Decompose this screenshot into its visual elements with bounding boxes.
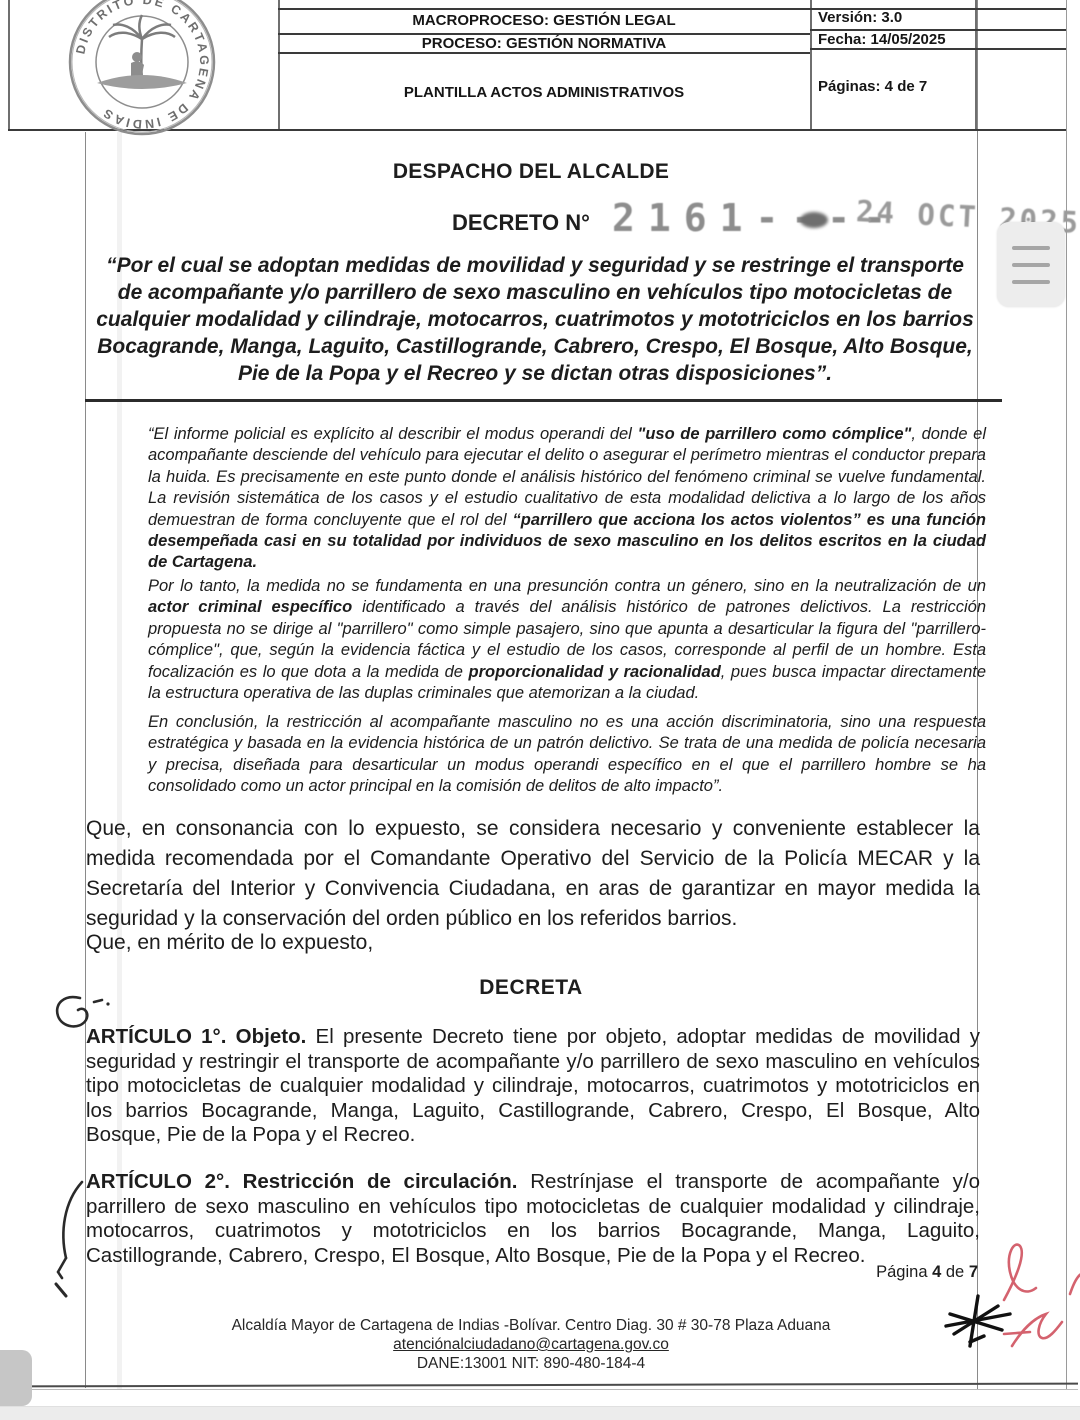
handwritten-bracket-annotation — [48, 1180, 98, 1300]
quote-text: Por lo tanto, la medida no se fundamenta… — [148, 577, 986, 595]
handwritten-circle-annotation — [50, 990, 120, 1040]
header-border — [8, 0, 10, 130]
scanned-decree-page: DISTRITO DE CARTAGENA DE INDIAS ALCALDÍA… — [0, 0, 1080, 1420]
page-number-text: Página — [876, 1263, 932, 1281]
footer-address: Alcaldía Mayor de Cartagena de Indias -B… — [85, 1316, 977, 1335]
header-institution: ALCALDÍA DISTRITAL DE CARTAGENA DE INDIA… — [278, 0, 810, 3]
header-version: Versión: 3.0 — [818, 9, 902, 26]
header-process: PROCESO: GESTIÓN NORMATIVA — [278, 35, 810, 52]
footer-ids: DANE:13001 NIT: 890-480-184-4 — [85, 1354, 977, 1373]
header-border — [810, 0, 812, 130]
consideration-closing: Que, en mérito de lo expuesto, — [86, 928, 980, 958]
footer-rule-shadow — [10, 1389, 1078, 1390]
footer-email-link[interactable]: atenciónalciudadano@cartagena.gov.co — [393, 1336, 669, 1353]
hamburger-menu-icon — [1012, 246, 1050, 250]
page-number: Página 4 de 7 — [876, 1263, 978, 1282]
consideration-paragraph: Que, en consonancia con lo expuesto, se … — [86, 814, 980, 934]
quote-text: “El informe policial es explícito al des… — [148, 425, 638, 443]
quote-paragraph-3: En conclusión, la restricción al acompañ… — [148, 712, 986, 798]
hamburger-menu-icon — [1012, 263, 1050, 267]
page-number-text: de — [941, 1263, 969, 1281]
floating-button-partial[interactable] — [0, 1350, 32, 1406]
footer-block: Alcaldía Mayor de Cartagena de Indias -B… — [85, 1316, 977, 1373]
signature-scribble-red — [982, 1238, 1080, 1368]
quote-paragraph-2: Por lo tanto, la medida no se fundamenta… — [148, 576, 986, 704]
article-1-label: ARTÍCULO 1°. Objeto. — [86, 1025, 316, 1048]
quote-text-bold: "uso de parrillero como cómplice" — [638, 425, 912, 443]
page-number-current: 4 — [932, 1263, 941, 1281]
decree-number-line: DECRETO N° 2161---- 24 OCT 2025 — [0, 198, 1080, 258]
ink-smudge — [800, 212, 828, 228]
header-pages: Páginas: 4 de 7 — [818, 78, 927, 95]
decreta-heading: DECRETA — [85, 976, 977, 1000]
header-table: DISTRITO DE CARTAGENA DE INDIAS ALCALDÍA… — [0, 0, 1080, 132]
decree-number-label: DECRETO N° — [452, 210, 590, 236]
quote-text-bold: proporcionalidad y racionalidad — [469, 663, 721, 681]
header-border — [975, 0, 977, 130]
header-border — [278, 8, 1066, 10]
footer-rule — [10, 1383, 1078, 1388]
header-macroprocess: MACROPROCESO: GESTIÓN LEGAL — [278, 12, 810, 29]
office-title: DESPACHO DEL ALCALDE — [85, 160, 977, 184]
decree-subject: “Por el cual se adoptan medidas de movil… — [92, 252, 978, 387]
page-number-total: 7 — [969, 1263, 978, 1281]
header-date: Fecha: 14/05/2025 — [818, 31, 946, 48]
menu-button[interactable] — [997, 222, 1065, 307]
article-1: ARTÍCULO 1°. Objeto. El presente Decreto… — [86, 1025, 980, 1148]
quote-text-bold: actor criminal específico — [148, 598, 352, 616]
header-border — [278, 52, 810, 54]
quote-paragraph-1: “El informe policial es explícito al des… — [148, 424, 986, 574]
title-separator-rule — [85, 399, 1002, 402]
viewer-bottom-bar — [0, 1406, 1080, 1420]
article-2: ARTÍCULO 2°. Restricción de circulación.… — [86, 1170, 980, 1268]
cartagena-seal-logo: DISTRITO DE CARTAGENA DE INDIAS — [67, 0, 217, 137]
header-template-title: PLANTILLA ACTOS ADMINISTRATIVOS — [278, 84, 810, 101]
header-border — [810, 48, 1066, 50]
hamburger-menu-icon — [1012, 280, 1050, 284]
article-2-label: ARTÍCULO 2°. Restricción de circulación. — [86, 1170, 530, 1193]
